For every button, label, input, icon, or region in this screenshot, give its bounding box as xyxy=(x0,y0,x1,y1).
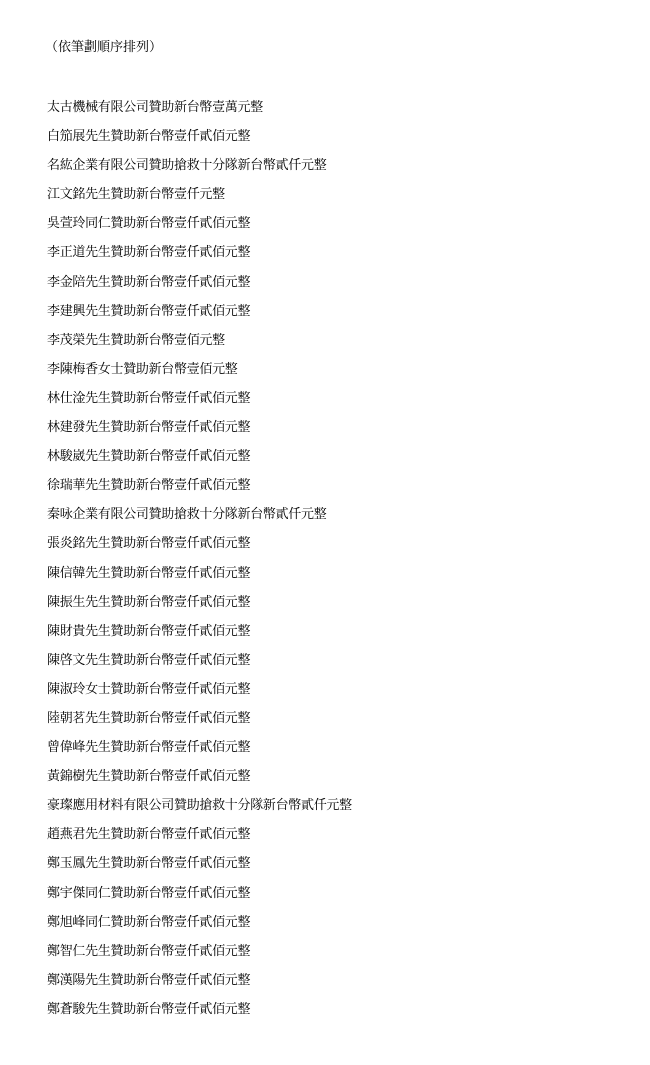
sponsor-entry: 陳振生先生贊助新台幣壹仟貳佰元整 xyxy=(47,594,352,623)
sponsor-entry: 陳啓文先生贊助新台幣壹仟貳佰元整 xyxy=(47,652,352,681)
sponsor-entry: 陳信韓先生贊助新台幣壹仟貳佰元整 xyxy=(47,565,352,594)
sponsor-entry: 李金陪先生贊助新台幣壹仟貳佰元整 xyxy=(47,274,352,303)
sponsor-entry: 鄭蒼駿先生贊助新台幣壹仟貳佰元整 xyxy=(47,1001,352,1030)
sponsor-entry: 李陳梅香女士贊助新台幣壹佰元整 xyxy=(47,361,352,390)
sponsor-entry: 鄭漢陽先生贊助新台幣壹仟貳佰元整 xyxy=(47,972,352,1001)
sponsor-entry: 江文銘先生贊助新台幣壹仟元整 xyxy=(47,186,352,215)
sponsor-entry: 名紘企業有限公司贊助搶救十分隊新台幣貳仟元整 xyxy=(47,157,352,186)
sponsor-entry: 趙燕君先生贊助新台幣壹仟貳佰元整 xyxy=(47,826,352,855)
sponsor-entry: 徐瑞華先生贊助新台幣壹仟貳佰元整 xyxy=(47,477,352,506)
sponsor-entry: 鄭宇傑同仁贊助新台幣壹仟貳佰元整 xyxy=(47,885,352,914)
ordering-note: （依筆劃順序排列） xyxy=(45,40,162,56)
sponsor-entry: 陳淑玲女士贊助新台幣壹仟貳佰元整 xyxy=(47,681,352,710)
sponsor-entry: 林駿崴先生贊助新台幣壹仟貳佰元整 xyxy=(47,448,352,477)
sponsor-entry: 豪璨應用材料有限公司贊助搶救十分隊新台幣貳仟元整 xyxy=(47,797,352,826)
sponsor-entry: 李茂榮先生贊助新台幣壹佰元整 xyxy=(47,332,352,361)
sponsor-entry: 張炎銘先生贊助新台幣壹仟貳佰元整 xyxy=(47,535,352,564)
sponsor-entry: 黃錦樹先生贊助新台幣壹仟貳佰元整 xyxy=(47,768,352,797)
sponsor-list: 太古機械有限公司贊助新台幣壹萬元整 白笳展先生贊助新台幣壹仟貳佰元整 名紘企業有… xyxy=(47,99,352,1030)
sponsor-entry: 陳財貴先生贊助新台幣壹仟貳佰元整 xyxy=(47,623,352,652)
sponsor-entry: 秦咏企業有限公司贊助搶救十分隊新台幣貳仟元整 xyxy=(47,506,352,535)
sponsor-entry: 吳萱玲同仁贊助新台幣壹仟貳佰元整 xyxy=(47,215,352,244)
sponsor-entry: 林仕淦先生贊助新台幣壹仟貳佰元整 xyxy=(47,390,352,419)
sponsor-entry: 林建發先生贊助新台幣壹仟貳佰元整 xyxy=(47,419,352,448)
sponsor-entry: 鄭玉鳳先生贊助新台幣壹仟貳佰元整 xyxy=(47,855,352,884)
sponsor-entry: 曾偉峰先生贊助新台幣壹仟貳佰元整 xyxy=(47,739,352,768)
sponsor-entry: 鄭智仁先生贊助新台幣壹仟貳佰元整 xyxy=(47,943,352,972)
sponsor-entry: 太古機械有限公司贊助新台幣壹萬元整 xyxy=(47,99,352,128)
sponsor-entry: 白笳展先生贊助新台幣壹仟貳佰元整 xyxy=(47,128,352,157)
sponsor-entry: 李建興先生贊助新台幣壹仟貳佰元整 xyxy=(47,303,352,332)
sponsor-entry: 鄭旭峰同仁贊助新台幣壹仟貳佰元整 xyxy=(47,914,352,943)
sponsor-entry: 李正道先生贊助新台幣壹仟貳佰元整 xyxy=(47,244,352,273)
sponsor-entry: 陸朝茗先生贊助新台幣壹仟貳佰元整 xyxy=(47,710,352,739)
